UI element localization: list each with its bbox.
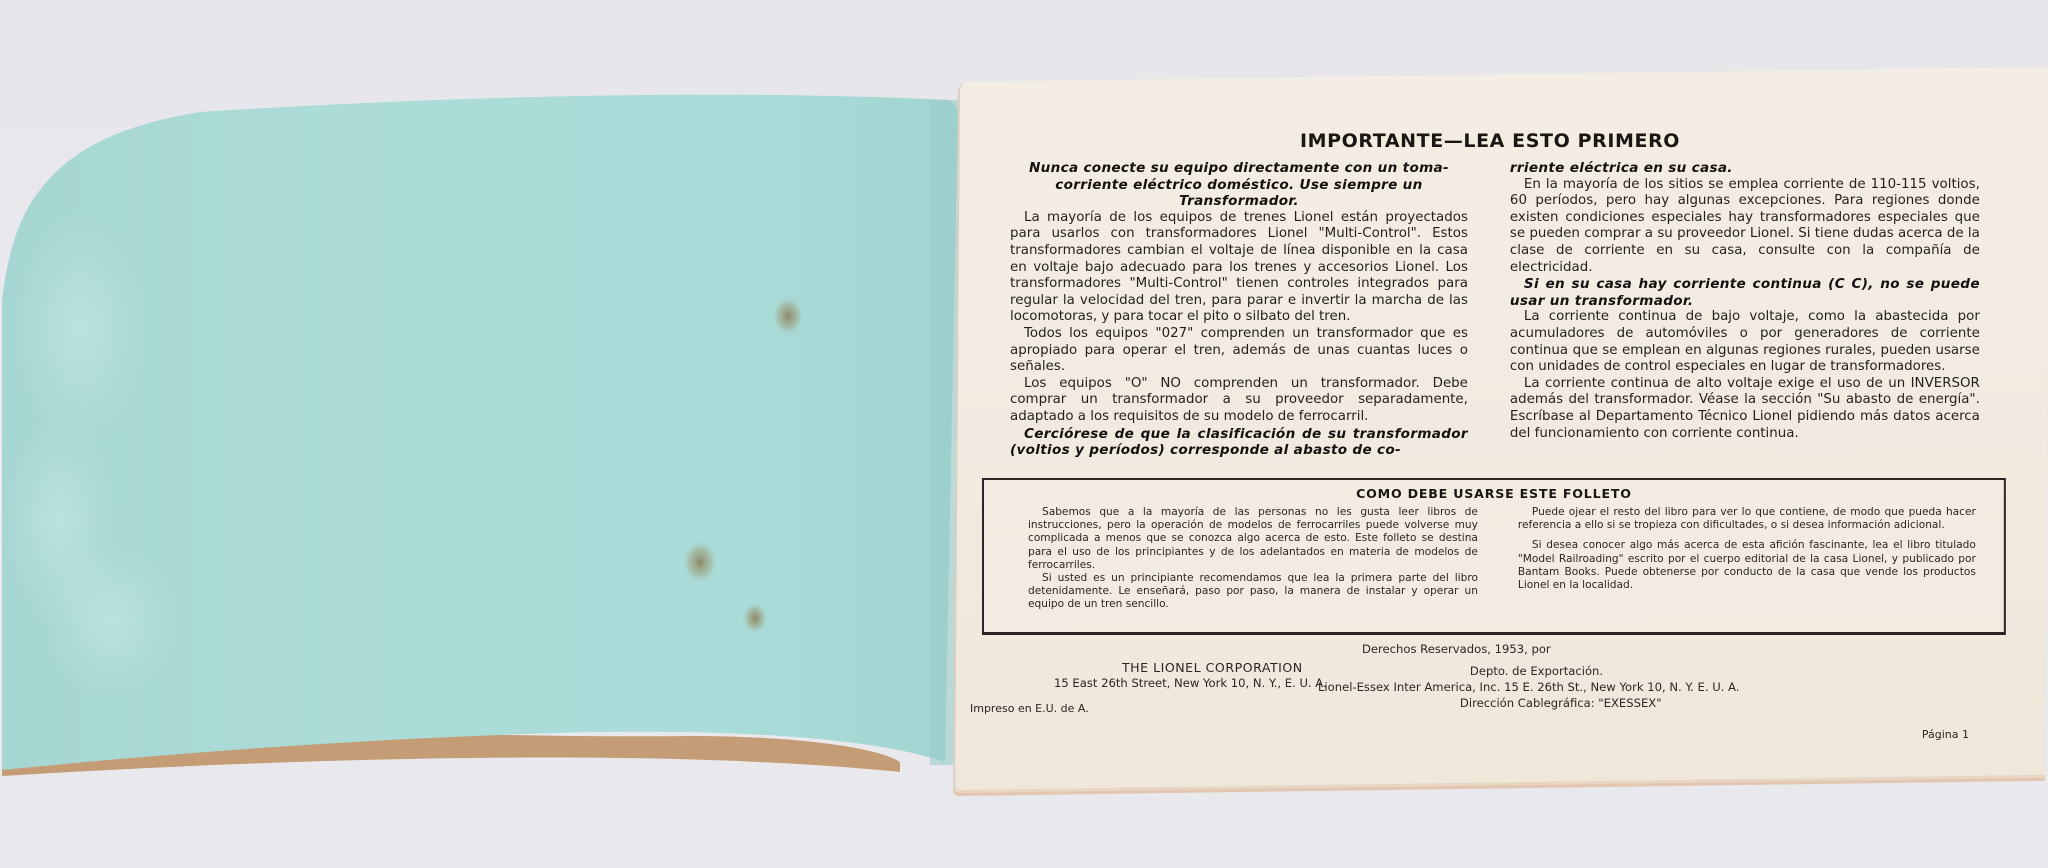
box-left-column: Sabemos que a la mayoría de las personas… xyxy=(1028,506,1478,612)
transformer-rating-heading-cont: rriente eléctrica en su casa. xyxy=(1510,160,1980,177)
cable-address: Dirección Cablegráfica: "EXESSEX" xyxy=(1460,696,1662,710)
printed-in: Impreso en E.U. de A. xyxy=(970,702,1089,715)
box-paragraph: Puede ojear el resto del libro para ver … xyxy=(1518,506,1976,532)
page-headline: IMPORTANTE—LEA ESTO PRIMERO xyxy=(1300,130,1680,152)
dc-warning-heading: Si en su casa hay corriente continua (C … xyxy=(1510,276,1980,309)
copyright-line: Derechos Reservados, 1953, por xyxy=(1362,642,1551,656)
paragraph-multi-control: La mayoría de los equipos de trenes Lion… xyxy=(1010,210,1468,326)
paragraph-o-sets: Los equipos "O" NO comprenden un transfo… xyxy=(1010,376,1468,426)
paragraph-low-voltage-dc: La corriente continua de bajo voltaje, c… xyxy=(1510,309,1980,375)
page-one: IMPORTANTE—LEA ESTO PRIMERO Nunca conect… xyxy=(953,67,2048,790)
inside-cover xyxy=(0,0,970,868)
corporation-name: THE LIONEL CORPORATION xyxy=(1122,660,1303,675)
corporation-address: 15 East 26th Street, New York 10, N. Y.,… xyxy=(1054,676,1327,690)
paragraph-027-sets: Todos los equipos "027" comprenden un tr… xyxy=(1010,326,1468,376)
box-title: COMO DEBE USARSE ESTE FOLLETO xyxy=(984,486,2004,501)
export-department: Depto. de Exportación. xyxy=(1470,664,1603,678)
how-to-use-box: COMO DEBE USARSE ESTE FOLLETO Sabemos qu… xyxy=(982,478,2006,635)
export-company-address: Lionel-Essex Inter America, Inc. 15 E. 2… xyxy=(1318,680,1740,694)
right-column: rriente eléctrica en su casa. En la mayo… xyxy=(1510,160,1980,442)
page-number: Página 1 xyxy=(1922,728,1969,741)
paragraph-high-voltage-dc: La corriente continua de alto voltaje ex… xyxy=(1510,376,1980,442)
paragraph-voltage: En la mayoría de los sitios se emplea co… xyxy=(1510,177,1980,277)
booklet-photo: IMPORTANTE—LEA ESTO PRIMERO Nunca conect… xyxy=(0,0,2048,868)
box-right-column: Puede ojear el resto del libro para ver … xyxy=(1518,506,1976,592)
box-paragraph: Si desea conocer algo más acerca de esta… xyxy=(1518,539,1976,592)
box-paragraph: Sabemos que a la mayoría de las personas… xyxy=(1028,506,1478,572)
left-column: Nunca conecte su equipo directamente con… xyxy=(1010,160,1468,459)
transformer-rating-heading: Cerciórese de que la clasificación de su… xyxy=(1010,426,1468,459)
warning-heading: Nunca conecte su equipo directamente con… xyxy=(1010,160,1468,210)
box-paragraph: Si usted es un principiante recomendamos… xyxy=(1028,572,1478,612)
